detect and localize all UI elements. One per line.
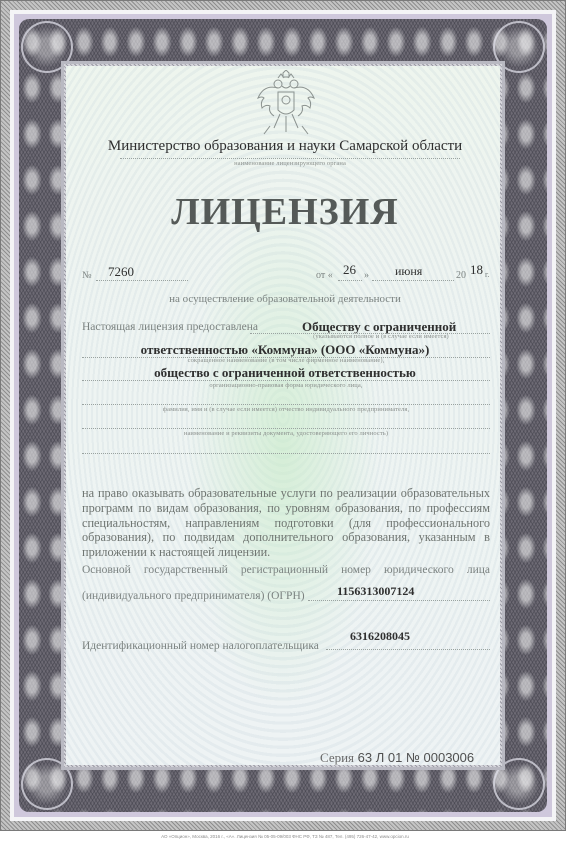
caption-short-name: сокращенное наименование (в том числе фи… — [82, 357, 490, 364]
document-title: ЛИЦЕНЗИЯ — [70, 190, 500, 234]
date-year-prefix: 20 — [456, 270, 466, 281]
license-content: Министерство образования и науки Самарск… — [0, 0, 570, 844]
day-underline — [338, 280, 362, 281]
licensee-name-line2: ответственностью «Коммуна» (ООО «Коммуна… — [70, 342, 500, 358]
granted-to-label: Настоящая лицензия предоставлена — [82, 321, 258, 333]
license-purpose: на осуществление образовательной деятель… — [70, 293, 500, 305]
ogrn-label-line2: (индивидуального предпринимателя) (ОГРН) — [82, 590, 305, 602]
date-day: 26 — [343, 262, 356, 278]
coat-of-arms-icon — [256, 70, 316, 138]
month-underline — [372, 280, 454, 281]
inn-underline — [326, 649, 490, 650]
license-rights-text: на право оказывать образовательные услуг… — [82, 486, 490, 560]
license-number: 7260 — [108, 264, 134, 280]
licensing-authority: Министерство образования и науки Самарск… — [70, 138, 500, 155]
date-year-unit: г. — [485, 270, 489, 279]
authority-underline — [120, 158, 460, 159]
legal-form-underline — [82, 380, 490, 381]
printer-imprint: АО «Опцион», Москва, 2016 г., «А». Лицен… — [0, 834, 570, 839]
date-prefix: от « — [316, 270, 333, 281]
caption-full-name: (указываются полное и (в случае если име… — [286, 333, 476, 340]
legal-form: общество с ограниченной ответственностью — [70, 365, 500, 381]
inn-value: 6316208045 — [350, 629, 410, 644]
blank-underline — [82, 453, 490, 454]
number-underline — [96, 280, 188, 281]
caption-id-document: наименование и реквизиты документа, удос… — [82, 430, 490, 437]
authority-caption: наименование лицензирующего органа — [120, 160, 460, 167]
series-number: 63 Л 01 № 0003006 — [358, 750, 474, 765]
series-label: Серия — [320, 750, 354, 765]
date-day-close: » — [364, 270, 369, 281]
caption-entrepreneur: фамилия, имя и (в случае если имеется) о… — [82, 406, 490, 413]
date-month: июня — [395, 264, 422, 279]
ogrn-value: 1156313007124 — [337, 584, 414, 599]
ogrn-underline — [308, 600, 490, 601]
entrepreneur-underline — [82, 404, 490, 405]
id-document-underline — [82, 428, 490, 429]
inn-label: Идентификационный номер налогоплательщик… — [82, 640, 319, 652]
ogrn-label-line1: Основной государственный регистрационный… — [82, 564, 490, 576]
caption-legal-form: организационно-правовая форма юридическо… — [82, 382, 490, 389]
form-series: Серия 63 Л 01 № 0003006 — [320, 750, 474, 766]
number-label: № — [82, 270, 92, 281]
date-year: 18 — [470, 262, 483, 278]
